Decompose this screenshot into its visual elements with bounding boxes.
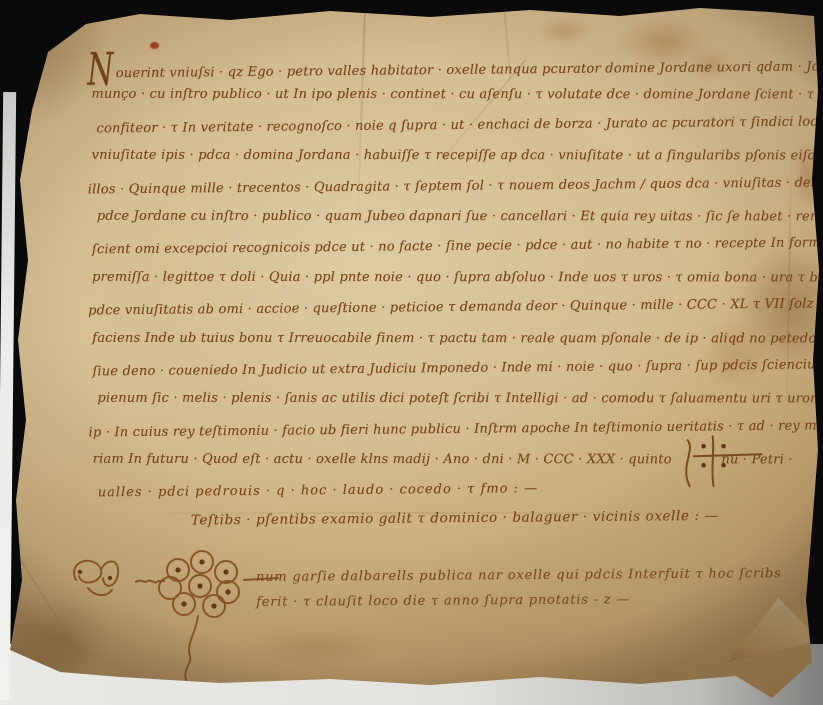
paper-edge-strip (0, 92, 16, 700)
notarial-signum-cross-icon (678, 445, 716, 463)
notary-subscription: num garſie dalbarells publica nar oxelle… (256, 561, 782, 615)
charter-line: ſiue deno · coueniedo In Judicio ut extr… (92, 351, 792, 388)
manuscript-photo: Nouerint vniuſsi · qz Ego · petro valles… (0, 0, 823, 705)
notary-line: num garſie dalbarells publica nar oxelle… (256, 561, 782, 590)
closing-line: ualles · pdci pedrouis · q · hoc · laudo… (98, 472, 793, 509)
dating-text-pre: riam In futuru · Quod eſt · actu · oxell… (93, 445, 672, 476)
notary-knot-icon (58, 548, 288, 683)
charter-line: vniuſitate ipis · pdca · domina Jordana … (92, 141, 792, 172)
charter-line: illos · Quinque mille · trecentos · Quad… (88, 168, 792, 205)
parchment-sheet: Nouerint vniuſsi · qz Ego · petro valles… (0, 0, 823, 705)
charter-line: pdce vniuſitatis ab omi · accioe · queſt… (88, 290, 792, 327)
stain (538, 18, 590, 44)
charter-line: premiſſa · legittoe τ doli · Quia · ppl … (92, 262, 792, 293)
charter-line: pienum ſic · melis · plenis · ſanis ac u… (97, 384, 792, 415)
charter-line: pdce Jordane cu inſtro · publico · quam … (97, 202, 792, 233)
charter-line: confiteor · τ In veritate · recognoſco ·… (96, 107, 791, 144)
knot-dots (78, 559, 231, 608)
dating-line: riam In futuru · Quod eſt · actu · oxell… (93, 445, 793, 476)
charter-line: Nouerint vniuſsi · qz Ego · petro valles… (87, 47, 791, 84)
charter-line: ſcient omi excepcioi recognicois pdce ut… (92, 229, 792, 266)
witness-line: Teſtibs · pſentibs examio galit τ domini… (191, 507, 793, 528)
charter-line: munço · cu inſtro publico · ut In ipo pl… (91, 80, 791, 111)
charter-line: faciens Inde ub tuius bonu τ Irreuocabil… (92, 323, 792, 354)
red-speck (150, 42, 159, 49)
charter-text-block: Nouerint vniuſsi · qz Ego · petro valles… (91, 49, 793, 527)
notary-line: ferit · τ clauſit loco die τ anno ſupra … (256, 586, 782, 615)
